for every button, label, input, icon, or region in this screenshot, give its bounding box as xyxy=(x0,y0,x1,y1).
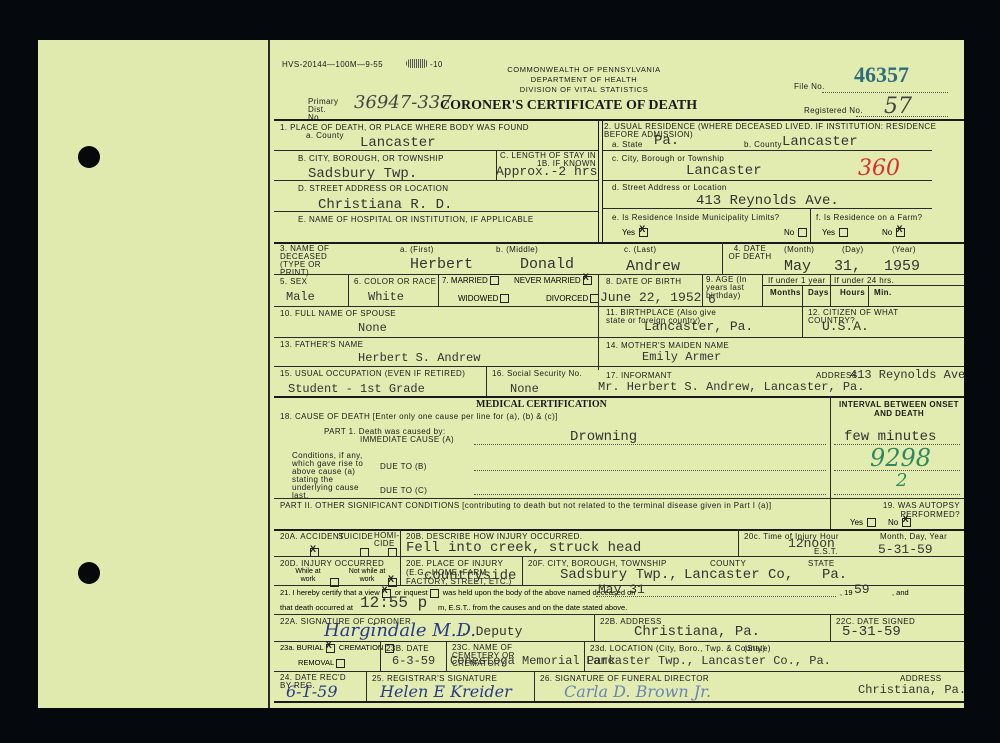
rule xyxy=(738,529,739,556)
interval-label: INTERVAL BETWEEN ONSET AND DEATH xyxy=(836,400,962,418)
rule xyxy=(594,614,595,642)
injury-date-label: Month, Day, Year xyxy=(880,532,947,541)
dod-day-value: 31, xyxy=(834,258,861,275)
autopsy-no-label: No xyxy=(888,518,898,527)
married-checkbox[interactable] xyxy=(490,276,499,285)
burial-state-label: (State) xyxy=(744,644,771,653)
ssn-value: None xyxy=(510,382,539,396)
mother-label: 14. MOTHER'S MAIDEN NAME xyxy=(606,341,729,350)
medical-heading: MEDICAL CERTIFICATION xyxy=(476,399,607,410)
rule xyxy=(274,211,598,212)
rule xyxy=(274,498,964,499)
coroner-title: . Deputy xyxy=(460,624,522,639)
interval-value: few minutes xyxy=(844,429,936,445)
due-to-c-label: DUE TO (c) xyxy=(380,486,427,495)
agency-line-3: DIVISION OF VITAL STATISTICS xyxy=(484,85,684,95)
under-24-label: If under 24 hrs. xyxy=(834,276,894,285)
farm-no-label: No xyxy=(882,228,892,237)
date-signed-value: 5-31-59 xyxy=(842,624,901,640)
disposition-row-1: 23a. BURIAL CREMATION xyxy=(280,643,396,653)
inside-limits-yes-checkbox[interactable] xyxy=(639,228,648,237)
death-city-label: b. CITY, BOROUGH, OR TOWNSHIP xyxy=(298,154,444,163)
rule xyxy=(702,274,703,307)
marital-divorced[interactable]: DIVORCED xyxy=(546,294,601,303)
rule xyxy=(762,285,964,286)
cert-text-line-2a: that death occurred at xyxy=(280,603,353,612)
immediate-cause-label: IMMEDIATE CAUSE (a) xyxy=(360,435,454,444)
rule xyxy=(380,641,381,671)
inquest-year-prefix: , 19 xyxy=(840,588,853,597)
punch-hole-top xyxy=(78,146,100,168)
birthplace-value: Lancaster, Pa. xyxy=(644,319,753,334)
occupation-label: 15. USUAL OCCUPATION (even if retired) xyxy=(280,369,465,378)
informant-label: 17. INFORMANT xyxy=(606,371,672,380)
cause-label: 18. CAUSE OF DEATH [Enter only one cause… xyxy=(280,412,558,421)
place-injury-value: countryside xyxy=(424,568,516,584)
due-to-b-label: DUE TO (b) xyxy=(380,462,427,471)
rule xyxy=(274,274,964,275)
rule xyxy=(274,396,964,398)
agency-line-1: COMMONWEALTH OF PENNSYLVANIA xyxy=(484,65,684,75)
res-street-value: 413 Reynolds Ave. xyxy=(696,193,839,209)
burial-location-label: 23d. LOCATION (City, Boro., Twp. & Count… xyxy=(590,644,766,653)
accident-label: 20a. ACCIDENT xyxy=(280,532,344,541)
widowed-checkbox[interactable] xyxy=(500,294,509,303)
cert-text-line-2b: m, E.S.T.. from the causes and on the da… xyxy=(438,603,627,612)
race-label: 6. COLOR OR RACE xyxy=(354,277,436,286)
married-label: MARRIED xyxy=(451,276,488,285)
removal-label: REMOVAL xyxy=(298,658,334,667)
farm-label: f. Is Residence on a Farm? xyxy=(816,213,922,222)
inquest-year-value: 59 xyxy=(854,582,870,597)
divorced-label: DIVORCED xyxy=(546,294,588,303)
certificate-form: HVS-20144—100M—9-55 -10 COMMONWEALTH OF … xyxy=(274,40,964,708)
rule xyxy=(602,150,932,151)
rule xyxy=(584,641,585,671)
rule xyxy=(400,529,401,585)
ssn-label: 16. Social Security No. xyxy=(492,369,582,378)
death-street-label: d. STREET ADDRESS OR LOCATION xyxy=(298,184,448,193)
homicide-option[interactable] xyxy=(386,544,399,562)
rule xyxy=(274,366,964,367)
dob-label: 8. DATE OF BIRTH xyxy=(606,277,681,286)
farm-yes-label: Yes xyxy=(822,228,835,237)
dod-year-value: 1959 xyxy=(884,258,920,275)
days-label: Days xyxy=(808,288,829,297)
inside-limits-label: e. Is Residence Inside Municipality Limi… xyxy=(612,213,780,222)
middle-name-value: Donald xyxy=(520,256,574,273)
rule xyxy=(834,494,960,495)
death-county-value: Lancaster xyxy=(360,135,436,151)
removal-checkbox[interactable] xyxy=(336,659,345,668)
never-married-checkbox[interactable] xyxy=(583,276,592,285)
rule xyxy=(274,641,964,642)
autopsy-yes-label: Yes xyxy=(850,518,863,527)
file-no-line xyxy=(822,92,948,93)
punch-hole-bottom xyxy=(78,562,100,584)
section-divider xyxy=(598,120,603,242)
age-value: 6 xyxy=(708,292,716,307)
how-injury-value: Fell into creek, struck head xyxy=(406,540,641,556)
cremation-label: CREMATION xyxy=(339,643,383,652)
injury-city-value: Sadsbury Twp., xyxy=(560,567,678,583)
registered-no-value: 57 xyxy=(884,94,912,119)
sex-value: Male xyxy=(286,290,315,304)
not-at-work-label: Not while at work xyxy=(349,568,386,583)
death-certificate-page: HVS-20144—100M—9-55 -10 COMMONWEALTH OF … xyxy=(38,40,964,708)
rule xyxy=(762,274,763,307)
autopsy-no[interactable]: No xyxy=(888,518,913,527)
left-stub-margin xyxy=(38,40,270,708)
rule xyxy=(438,274,439,307)
injury-date-value: 5-31-59 xyxy=(878,542,933,557)
suicide-label: SUICIDE xyxy=(338,532,373,541)
under-1-year-label: If under 1 year xyxy=(768,276,826,285)
middle-name-label: b. (Middle) xyxy=(496,245,538,254)
injury-hour-value: 12noon xyxy=(788,536,835,551)
cert-line-end: , and xyxy=(892,588,909,597)
death-time-value: 12:55 p xyxy=(360,594,427,612)
rule xyxy=(534,671,535,701)
rule xyxy=(274,556,964,557)
stay-length-value: Approx.-2 hrs xyxy=(496,164,597,179)
conditions-label: Conditions, if any, which gave rise to a… xyxy=(292,452,374,500)
inquest-checkbox[interactable] xyxy=(430,589,439,598)
rule xyxy=(274,180,598,181)
res-state-value: Pa. xyxy=(654,133,679,149)
burial-label: 23a. BURIAL xyxy=(280,643,324,652)
rule xyxy=(722,242,723,275)
certificate-title: CORONER'S CERTIFICATE OF DEATH xyxy=(440,98,697,114)
res-state-label: a. State xyxy=(612,140,643,149)
marital-number: 7. xyxy=(442,276,449,285)
immediate-cause-line xyxy=(474,444,826,445)
rule xyxy=(802,306,803,338)
rule xyxy=(598,306,599,370)
marital-widowed[interactable]: WIDOWED xyxy=(458,294,511,303)
funeral-address-value: Christiana, Pa. xyxy=(858,683,966,697)
injury-occurred-label: 20d. INJURY OCCURRED xyxy=(280,559,384,568)
father-label: 13. FATHER'S NAME xyxy=(280,340,363,349)
rule xyxy=(830,614,831,642)
date-of-death-label: 4. DATE OF DEATH xyxy=(728,245,772,261)
agency-header: COMMONWEALTH OF PENNSYLVANIA DEPARTMENT … xyxy=(484,65,684,95)
union-label-icon xyxy=(406,59,428,68)
first-name-value: Herbert xyxy=(410,256,473,273)
rule xyxy=(802,285,803,307)
rule xyxy=(486,366,487,396)
hospital-label: e. NAME OF HOSPITAL OR INSTITUTION, IF A… xyxy=(298,215,534,224)
never-married-label: NEVER MARRIED xyxy=(514,276,581,285)
dob-value: June 22, 1952 xyxy=(600,290,701,305)
coding-number-1: 9298 xyxy=(870,444,931,472)
informant-value: Mr. Herbert S. Andrew, Lancaster, Pa. xyxy=(598,380,864,394)
marital-married[interactable]: 7. MARRIED xyxy=(442,276,501,285)
due-to-b-line xyxy=(474,470,826,471)
mother-value: Emily Armer xyxy=(642,350,721,364)
burial-location-value: Lancaster Twp., Lancaster Co., Pa. xyxy=(586,654,831,668)
coroner-address-value: Christiana, Pa. xyxy=(634,624,760,640)
autopsy-label: 19. WAS AUTOPSY PERFORMED? xyxy=(840,501,960,519)
marital-never-married[interactable]: NEVER MARRIED xyxy=(514,276,594,285)
race-value: White xyxy=(368,290,404,304)
hours-label: Hours xyxy=(840,288,865,297)
inside-limits-no-checkbox[interactable] xyxy=(798,228,807,237)
burial-date-label: 23b. DATE xyxy=(386,644,429,653)
autopsy-no-checkbox[interactable] xyxy=(902,518,911,527)
injury-state-value: Pa. xyxy=(822,567,847,583)
last-name-label: c. (Last) xyxy=(624,245,657,254)
rule xyxy=(274,242,964,244)
dod-year-label: (Year) xyxy=(892,245,916,254)
occupation-value: Student - 1st Grade xyxy=(288,382,425,396)
agency-line-2: DEPARTMENT OF HEALTH xyxy=(484,75,684,85)
primary-dist-value: 36947-337 xyxy=(354,92,452,113)
res-city-value: Lancaster xyxy=(686,163,762,179)
burial-checkbox[interactable] xyxy=(326,644,335,653)
inside-limits-no-label: No xyxy=(784,228,794,237)
rule xyxy=(274,614,964,615)
file-no-label: File No. xyxy=(794,82,825,91)
rule xyxy=(598,274,599,307)
sex-label: 5. SEX xyxy=(280,277,307,286)
rule xyxy=(602,180,932,181)
res-county-value: Lancaster xyxy=(782,134,858,150)
rule xyxy=(348,274,349,307)
death-county-label: a. County xyxy=(306,131,344,140)
rule xyxy=(830,396,831,530)
inside-limits-no[interactable]: No xyxy=(784,228,809,237)
min-label: Min. xyxy=(874,288,892,297)
part2-label: PART II. OTHER SIGNIFICANT CONDITIONS [c… xyxy=(280,501,772,510)
rule xyxy=(810,208,811,242)
res-city-code: 360 xyxy=(858,156,900,181)
informant-address-value: 413 Reynolds Ave xyxy=(850,368,965,382)
rule xyxy=(274,306,964,307)
registrar-signature: Helen E Kreider xyxy=(380,682,512,701)
header-rule xyxy=(274,119,964,121)
first-name-label: a. (First) xyxy=(400,245,434,254)
funeral-director-signature: Carla D. Brown Jr. xyxy=(564,682,711,701)
widowed-label: WIDOWED xyxy=(458,294,498,303)
not-at-work-option[interactable]: Not while at work xyxy=(346,568,388,584)
last-name-value: Andrew xyxy=(626,258,680,275)
while-at-work-label: While at work xyxy=(295,568,320,583)
certification-line-1: 21. I hereby certify that a view or inqu… xyxy=(280,588,635,598)
rule xyxy=(366,671,367,701)
coding-number-2: 2 xyxy=(896,470,907,491)
immediate-cause-value: Drowning xyxy=(570,429,637,445)
dod-month-value: May xyxy=(784,258,811,275)
farm-no-checkbox[interactable] xyxy=(896,228,905,237)
registered-no-label: Registered No. xyxy=(804,106,863,115)
rule xyxy=(830,274,831,307)
citizen-value: U.S.A. xyxy=(822,319,869,334)
months-label: Months xyxy=(770,288,801,297)
disposition-row-2: REMOVAL xyxy=(298,658,347,668)
rule xyxy=(868,285,869,307)
res-street-label: d. Street Address or Location xyxy=(612,183,727,192)
rule xyxy=(274,671,964,672)
farm-yes-checkbox[interactable] xyxy=(839,228,848,237)
injury-county-value: Lancaster Co, xyxy=(684,567,793,583)
date-received-value: 6-1-59 xyxy=(286,682,338,701)
autopsy-yes[interactable]: Yes xyxy=(850,518,878,527)
while-at-work-option[interactable]: While at work xyxy=(288,568,328,584)
inside-limits-yes-label: Yes xyxy=(622,228,635,237)
due-to-c-line xyxy=(474,494,826,495)
burial-date-value: 6-3-59 xyxy=(392,654,435,668)
coroner-signature: Hargindale M.D. xyxy=(324,620,476,641)
spouse-label: 10. FULL NAME OF SPOUSE xyxy=(280,309,396,318)
file-no-value: 46357 xyxy=(854,62,909,88)
dod-day-label: (Day) xyxy=(842,245,864,254)
res-county-label: b. County xyxy=(744,140,782,149)
farm-no[interactable]: No xyxy=(882,228,907,237)
rule xyxy=(446,641,447,671)
rule xyxy=(602,208,932,209)
farm-yes[interactable]: Yes xyxy=(822,228,850,237)
form-code: HVS-20144—100M—9-55 xyxy=(282,60,383,69)
form-code-suffix: -10 xyxy=(430,60,443,69)
rule xyxy=(522,556,523,585)
father-value: Herbert S. Andrew xyxy=(358,351,480,365)
deceased-name-label: 3. NAME OF DECEASED (Type or print) xyxy=(280,245,350,277)
spouse-value: None xyxy=(358,321,387,335)
inside-limits-yes[interactable]: Yes xyxy=(622,228,650,237)
rule xyxy=(274,701,964,703)
inquest-date-value: May 31 xyxy=(598,582,645,597)
rule xyxy=(274,337,964,338)
res-city-label: c. City, Borough or Township xyxy=(612,154,724,163)
funeral-address-label: ADDRESS xyxy=(900,674,941,683)
dod-month-label: (Month) xyxy=(784,245,814,254)
autopsy-yes-checkbox[interactable] xyxy=(867,518,876,527)
